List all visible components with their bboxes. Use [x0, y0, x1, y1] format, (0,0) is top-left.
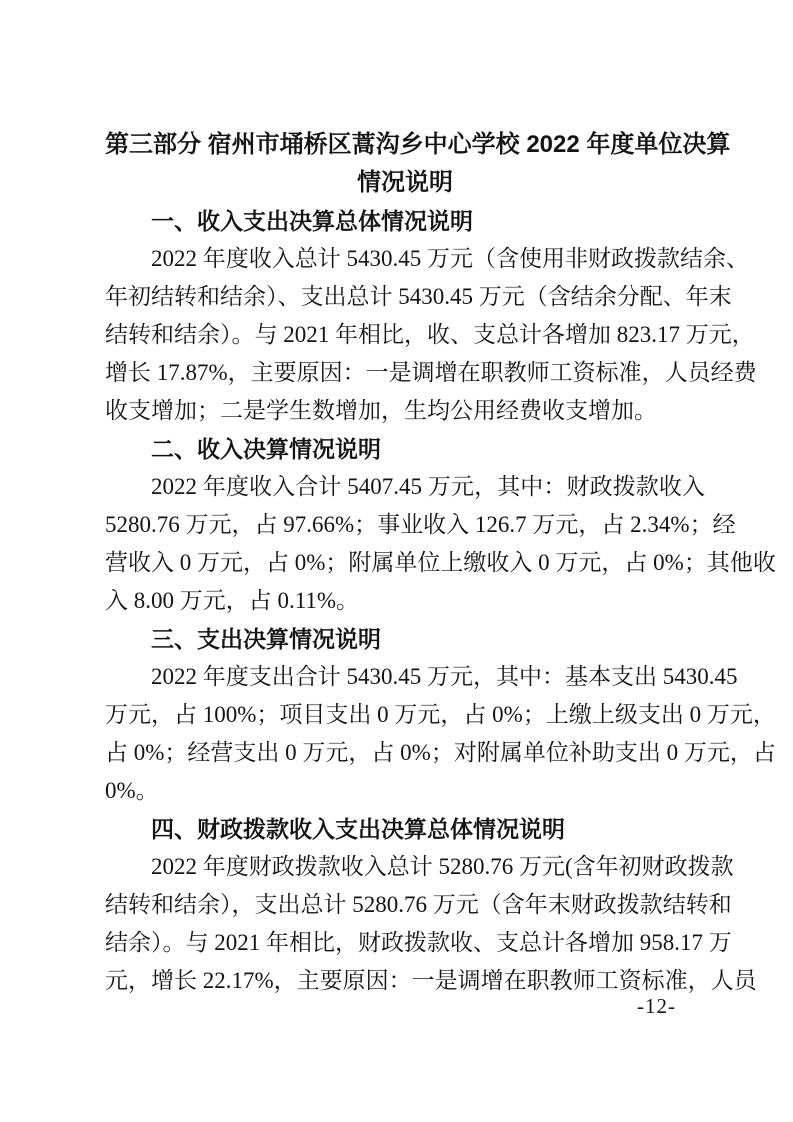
section-heading: 一、收入支出决算总体情况说明 — [105, 202, 705, 240]
paragraph-line: 2022 年度支出合计 5430.45 万元，其中：基本支出 5430.45 — [105, 658, 705, 696]
section-heading: 三、支出决算情况说明 — [105, 620, 705, 658]
paragraph-line: 万元，占 100%；项目支出 0 万元，占 0%；上缴上级支出 0 万元， — [105, 696, 705, 734]
paragraph-line: 营收入 0 万元，占 0%；附属单位上缴收入 0 万元，占 0%；其他收 — [105, 544, 705, 582]
paragraph-line: 收支增加；二是学生数增加，生均公用经费收支增加。 — [105, 392, 705, 430]
document-page: 第三部分 宿州市埇桥区蒿沟乡中心学校 2022 年度单位决算 情况说明 一、收入… — [0, 0, 793, 1122]
section-heading: 二、收入决算情况说明 — [105, 430, 705, 468]
paragraph-line: 2022 年度收入合计 5407.45 万元，其中：财政拨款收入 — [105, 468, 705, 506]
paragraph-line: 结转和结余），支出总计 5280.76 万元（含年末财政拨款结转和 — [105, 886, 705, 924]
document-title-line-2: 情况说明 — [105, 164, 705, 202]
paragraph-line: 元，增长 22.17%，主要原因：一是调增在职教师工资标准，人员 — [105, 962, 705, 1000]
document-title: 第三部分 宿州市埇桥区蒿沟乡中心学校 2022 年度单位决算 情况说明 — [105, 126, 705, 202]
paragraph-line: 2022 年度财政拨款收入总计 5280.76 万元(含年初财政拨款 — [105, 848, 705, 886]
section-heading: 四、财政拨款收入支出决算总体情况说明 — [105, 810, 705, 848]
paragraph-line: 2022 年度收入总计 5430.45 万元（含使用非财政拨款结余、 — [105, 240, 705, 278]
paragraph-line: 结余）。与 2021 年相比，财政拨款收、支总计各增加 958.17 万 — [105, 924, 705, 962]
paragraph-line: 5280.76 万元，占 97.66%；事业收入 126.7 万元，占 2.34… — [105, 506, 705, 544]
paragraph-line: 入 8.00 万元，占 0.11%。 — [105, 582, 705, 620]
paragraph-line: 0%。 — [105, 772, 705, 810]
section-income-expenditure-overall: 一、收入支出决算总体情况说明 2022 年度收入总计 5430.45 万元（含使… — [105, 202, 705, 430]
section-income-settlement: 二、收入决算情况说明 2022 年度收入合计 5407.45 万元，其中：财政拨… — [105, 430, 705, 620]
document-title-line-1: 第三部分 宿州市埇桥区蒿沟乡中心学校 2022 年度单位决算 — [105, 126, 705, 164]
paragraph-line: 占 0%；经营支出 0 万元，占 0%；对附属单位补助支出 0 万元，占 — [105, 734, 705, 772]
paragraph-line: 年初结转和结余）、支出总计 5430.45 万元（含结余分配、年末 — [105, 278, 705, 316]
section-expenditure-settlement: 三、支出决算情况说明 2022 年度支出合计 5430.45 万元，其中：基本支… — [105, 620, 705, 810]
paragraph-line: 增长 17.87%，主要原因：一是调增在职教师工资标准，人员经费 — [105, 354, 705, 392]
page-number: -12- — [637, 994, 676, 1018]
section-fiscal-appropriation-overall: 四、财政拨款收入支出决算总体情况说明 2022 年度财政拨款收入总计 5280.… — [105, 810, 705, 1000]
paragraph-line: 结转和结余）。与 2021 年相比，收、支总计各增加 823.17 万元， — [105, 316, 705, 354]
